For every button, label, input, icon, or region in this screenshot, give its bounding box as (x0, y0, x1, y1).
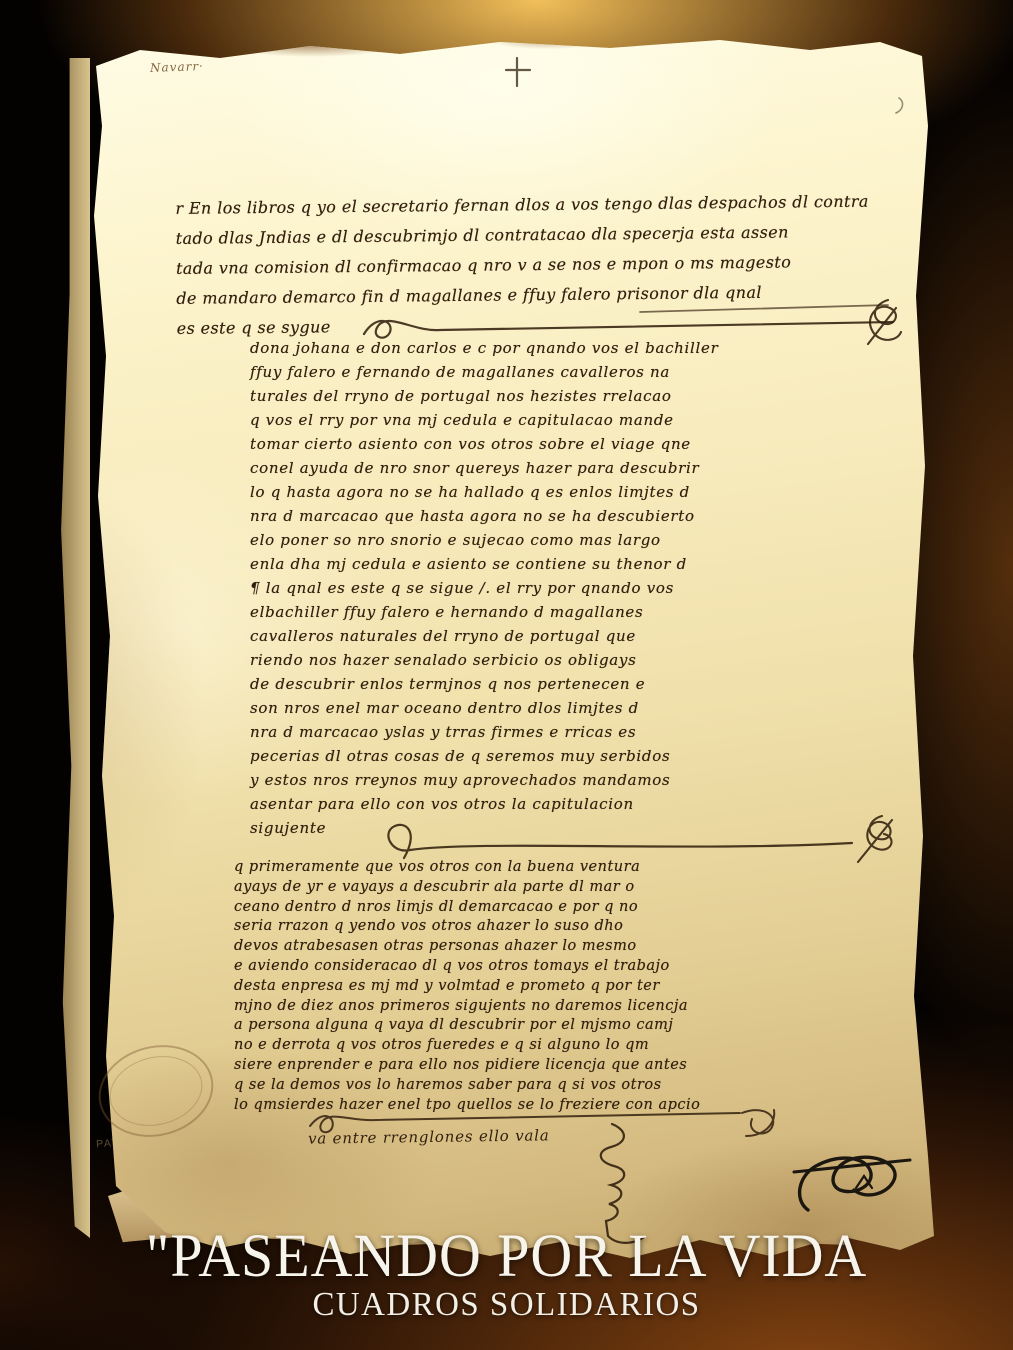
manuscript-line: no e derrota q vos otros fueredes e q si… (234, 1036, 790, 1056)
page-stack-edge (56, 58, 90, 1238)
manuscript-line: nra d marcacao yslas y trras firmes e rr… (250, 720, 758, 744)
caption-subtitle: CUADROS SOLIDARIOS (15, 1286, 998, 1324)
manuscript-line: sigujente (250, 816, 758, 840)
manuscript-line: siere enprender e para ello nos pidiere … (234, 1056, 790, 1076)
manuscript-block-cedula: dona johana e don carlos e c por qnando … (250, 336, 758, 840)
manuscript-line: conel ayuda de nro snor quereys hazer pa… (250, 456, 758, 480)
manuscript-line: e aviendo consideracao dl q vos otros to… (234, 957, 790, 977)
manuscript-line: seria rrazon q yendo vos otros ahazer lo… (234, 917, 790, 937)
manuscript-line: q primeramente que vos otros con la buen… (234, 858, 790, 878)
manuscript-line: desta enpresa es mj md y volmtad e prome… (234, 977, 790, 997)
corner-archive-note: Navarr· (150, 59, 204, 75)
manuscript-line: dona johana e don carlos e c por qnando … (250, 336, 758, 360)
manuscript-line: q se la demos vos lo haremos saber para … (234, 1076, 790, 1096)
manuscript-line: nra d marcacao que hasta agora no se ha … (250, 504, 758, 528)
manuscript-line: ffuy falero e fernando de magallanes cav… (250, 360, 758, 384)
manuscript-block-capitulacion: q primeramente que vos otros con la buen… (234, 858, 790, 1115)
manuscript-line: pecerias dl otras cosas de q seremos muy… (250, 744, 758, 768)
photo-stage: Navarr· r En los libros q yo el secretar… (0, 0, 1013, 1350)
manuscript-line: de descubrir enlos termjnos q nos perten… (250, 672, 758, 696)
caption-title: "PASEANDO POR LA VIDA (25, 1222, 987, 1292)
manuscript-line: devos atrabesasen otras personas ahazer … (234, 937, 790, 957)
manuscript-line: elbachiller ffuy falero e hernando d mag… (250, 600, 758, 624)
manuscript-line: mjno de diez anos primeros sigujents no … (234, 997, 790, 1017)
manuscript-line: ¶ la qnal es este q se sigue /. el rry p… (250, 576, 758, 600)
manuscript-line: riendo nos hazer senalado serbicio os ob… (250, 648, 758, 672)
manuscript-line: lo q hasta agora no se ha hallado q es e… (250, 480, 758, 504)
manuscript-line: tomar cierto asiento con vos otros sobre… (250, 432, 758, 456)
manuscript-line: y estos nros rreynos muy aprovechados ma… (250, 768, 758, 792)
manuscript-line: lo qmsierdes hazer enel tpo quellos se l… (234, 1096, 790, 1116)
manuscript-line: enla dha mj cedula e asiento se contiene… (250, 552, 758, 576)
manuscript-line: turales del rryno de portugal nos hezist… (250, 384, 758, 408)
manuscript-line: q vos el rry por vna mj cedula e capitul… (250, 408, 758, 432)
manuscript-line: cavalleros naturales del rryno de portug… (250, 624, 758, 648)
manuscript-block-intro: r En los libros q yo el secretario ferna… (175, 186, 921, 344)
manuscript-line: ayays de yr e vayays a descubrir ala par… (234, 878, 790, 898)
manuscript-line: son nros enel mar oceano dentro dlos lim… (250, 696, 758, 720)
manuscript-line: asentar para ello con vos otros la capit… (250, 792, 758, 816)
manuscript-line: a persona alguna q vaya dl descubrir por… (234, 1016, 790, 1036)
closing-note: va entre rrenglones ello vala (308, 1126, 550, 1147)
manuscript-line: elo poner so nro snorio e sujecao como m… (250, 528, 758, 552)
manuscript-line: ceano dentro d nros limjs dl demarcacao … (234, 898, 790, 918)
